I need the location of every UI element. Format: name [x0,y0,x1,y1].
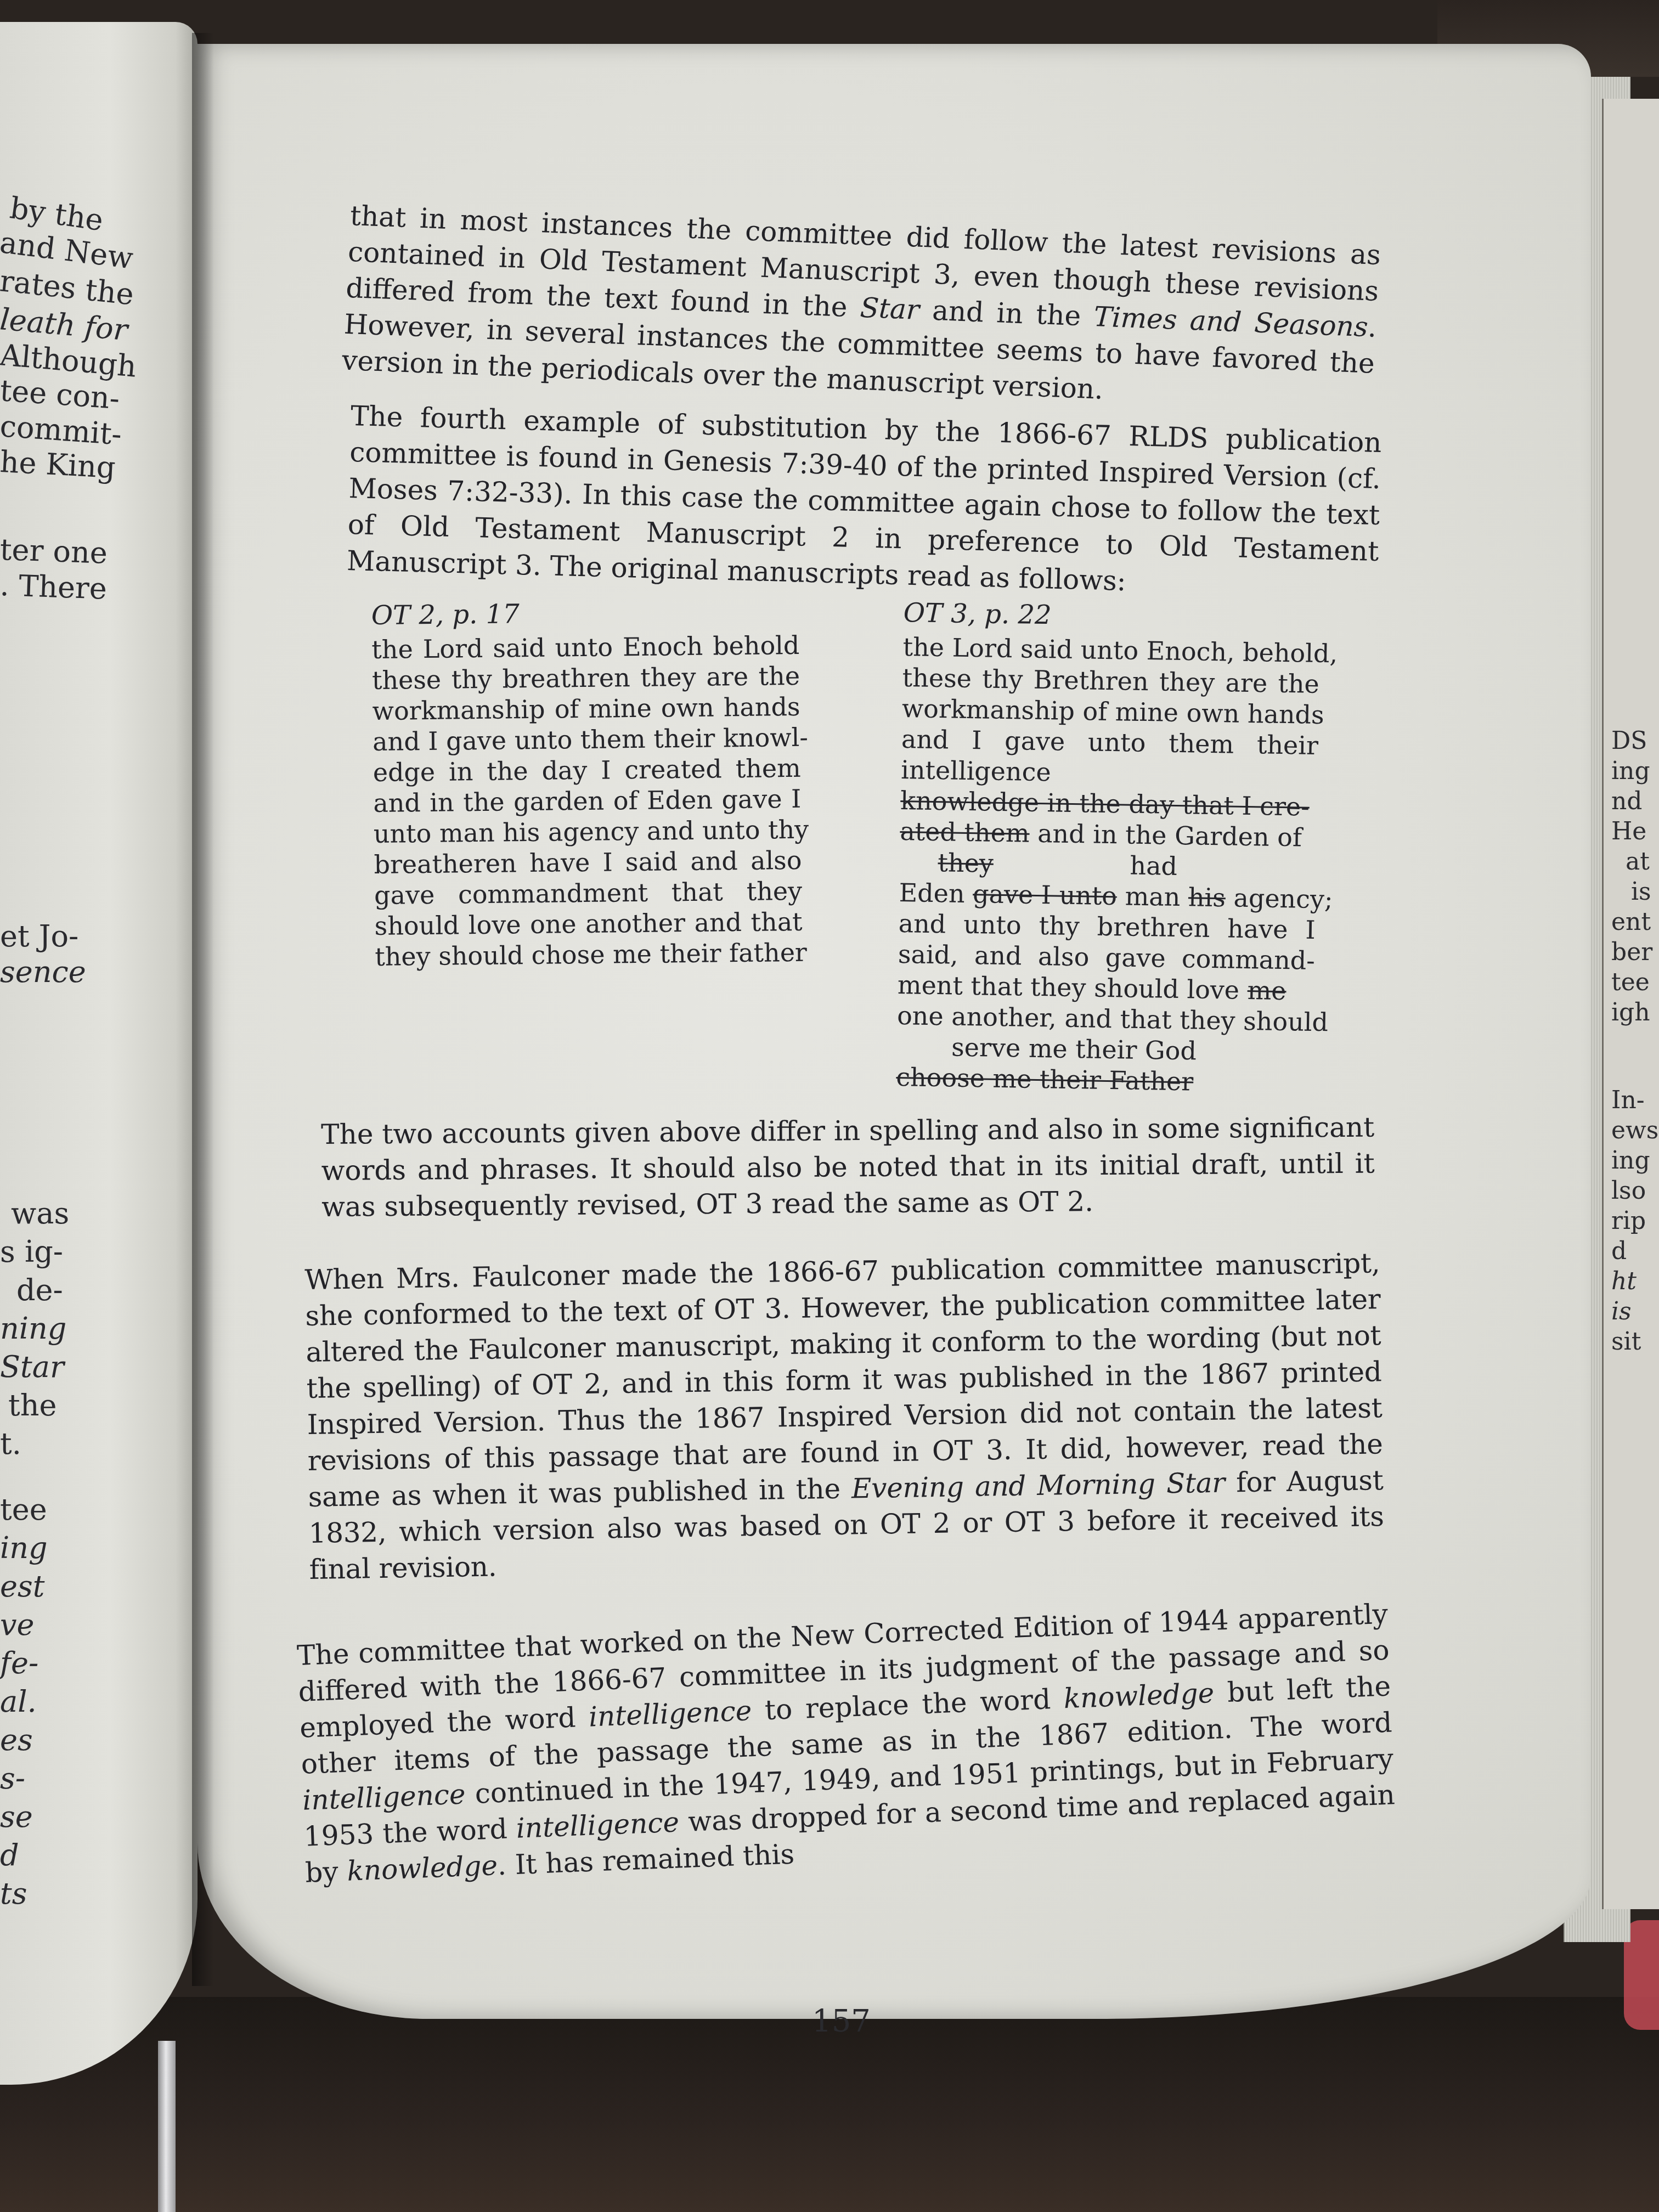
left-fragment: t. [0,1426,21,1461]
italic-word: intelligence [516,1806,680,1844]
ot2-line: these thy breathren they are the [372,661,800,696]
right-facing-page-sliver: DS ing nd He at is ent ber tee igh In- e… [1602,99,1659,1909]
ot2-line: unto man his agency and unto thy [374,814,802,849]
photo-scene: e by the and New rates the leath for Alt… [0,0,1659,2212]
italic-word: intelligence [588,1695,752,1733]
ot2-line: workmanship of mine own hands [372,691,800,726]
ot2-line: they should chose me their father [375,937,803,972]
paragraph-faulconer: When Mrs. Faulconer made the 1866-67 pub… [304,1245,1385,1588]
italic-word: knowledge [1063,1677,1215,1714]
right-fragment: DS [1611,727,1647,755]
right-fragment: ber [1611,938,1652,966]
left-fragment: al. [0,1684,37,1719]
ot2-line: breatheren have I said and also [374,845,802,880]
right-fragment: nd [1611,787,1643,815]
right-fragment: He [1611,817,1646,845]
ot3-inserted-text: had [1130,850,1177,882]
left-fragment: es [0,1723,33,1757]
ot2-line: gave commandment that they [374,876,803,911]
italic-word: intelligence [302,1778,466,1816]
left-fragment: was [11,1196,69,1231]
ot3-interlinear-edits: they had [899,847,1317,884]
paragraph-new-corrected-edition: The committee that worked on the New Cor… [296,1596,1397,1891]
right-fragment: ing [1611,1147,1650,1175]
left-fragment: d [0,1838,19,1872]
left-fragment: de- [16,1273,63,1307]
left-fragment: est [0,1569,44,1604]
italic-word: knowledge [346,1849,498,1887]
right-fragment: is [1611,1297,1632,1325]
right-fragment: ent [1611,908,1651,936]
ot3-struck-text: gave I unto [973,879,1118,911]
right-fragment: lso [1611,1177,1646,1205]
paragraph-fourth-example: The fourth example of substitution by th… [346,398,1382,606]
left-facing-page: e by the and New rates the leath for Alt… [0,22,198,2085]
right-fragment: In- [1611,1086,1645,1114]
left-fragment: s ig- [0,1234,63,1269]
left-fragment: ter one [0,532,108,571]
ot2-line: and in the garden of Eden gave I [373,783,802,819]
right-fragment: ing [1611,757,1650,785]
right-fragment: igh [1611,998,1650,1026]
ot3-struck-line: choose me their Father [896,1062,1313,1099]
ot3-struck-text: they [938,847,994,879]
book-gutter [192,33,214,1986]
italic-title-evening-and-morning-star: Evening and Morning Star [851,1467,1226,1505]
left-fragment: s- [0,1761,25,1796]
left-fragment: se [0,1799,33,1834]
right-fragment: d [1611,1237,1627,1265]
ot3-struck-text: his [1188,882,1226,912]
italic-title-times-and-seasons: Times and Seasons [1093,301,1369,343]
left-fragment: fe- [0,1646,38,1680]
left-fragment: sence [0,955,86,989]
right-fragment: ht [1611,1267,1637,1295]
ot3-struck-text: ated them [900,816,1030,848]
ot2-line: edge in the day I created them [373,753,801,788]
right-fragment: ews [1611,1116,1658,1144]
italic-title-star: Star [859,292,920,326]
ot2-line: and I gave unto them their knowl- [373,722,801,757]
right-fragment: sit [1611,1328,1641,1356]
left-fragment: ning [0,1311,66,1346]
left-fragment: he King [0,444,116,485]
left-fragment: et Jo- [0,919,78,953]
ot2-column: OT 2, p. 17 the Lord said unto Enoch beh… [371,596,803,972]
left-fragment: ts [0,1876,27,1911]
left-fragment: the [8,1388,57,1423]
right-fragment: is [1631,878,1651,906]
left-fragment: ve [0,1607,34,1642]
page-number: 157 [812,2004,871,2039]
ot3-heading: OT 3, p. 22 [903,597,1321,635]
ot2-heading: OT 2, p. 17 [371,596,799,631]
ot3-column: OT 3, p. 22 the Lord said unto Enoch, be… [896,597,1321,1099]
ot2-line: the Lord said unto Enoch behold [371,630,800,665]
left-fragment: . There [0,568,108,606]
ot2-line: should love one another and that [374,906,803,941]
left-fragment: Star [0,1350,64,1384]
right-fragment: rip [1611,1207,1646,1235]
left-fragment: tee [0,1492,47,1527]
ot3-struck-text: me [1247,975,1286,1006]
paragraph-two-accounts: The two accounts given above differ in s… [321,1109,1375,1225]
pen [158,2041,176,2212]
right-fragment: at [1626,848,1650,876]
right-fragment: tee [1611,968,1650,996]
left-fragment: ing [0,1531,48,1565]
